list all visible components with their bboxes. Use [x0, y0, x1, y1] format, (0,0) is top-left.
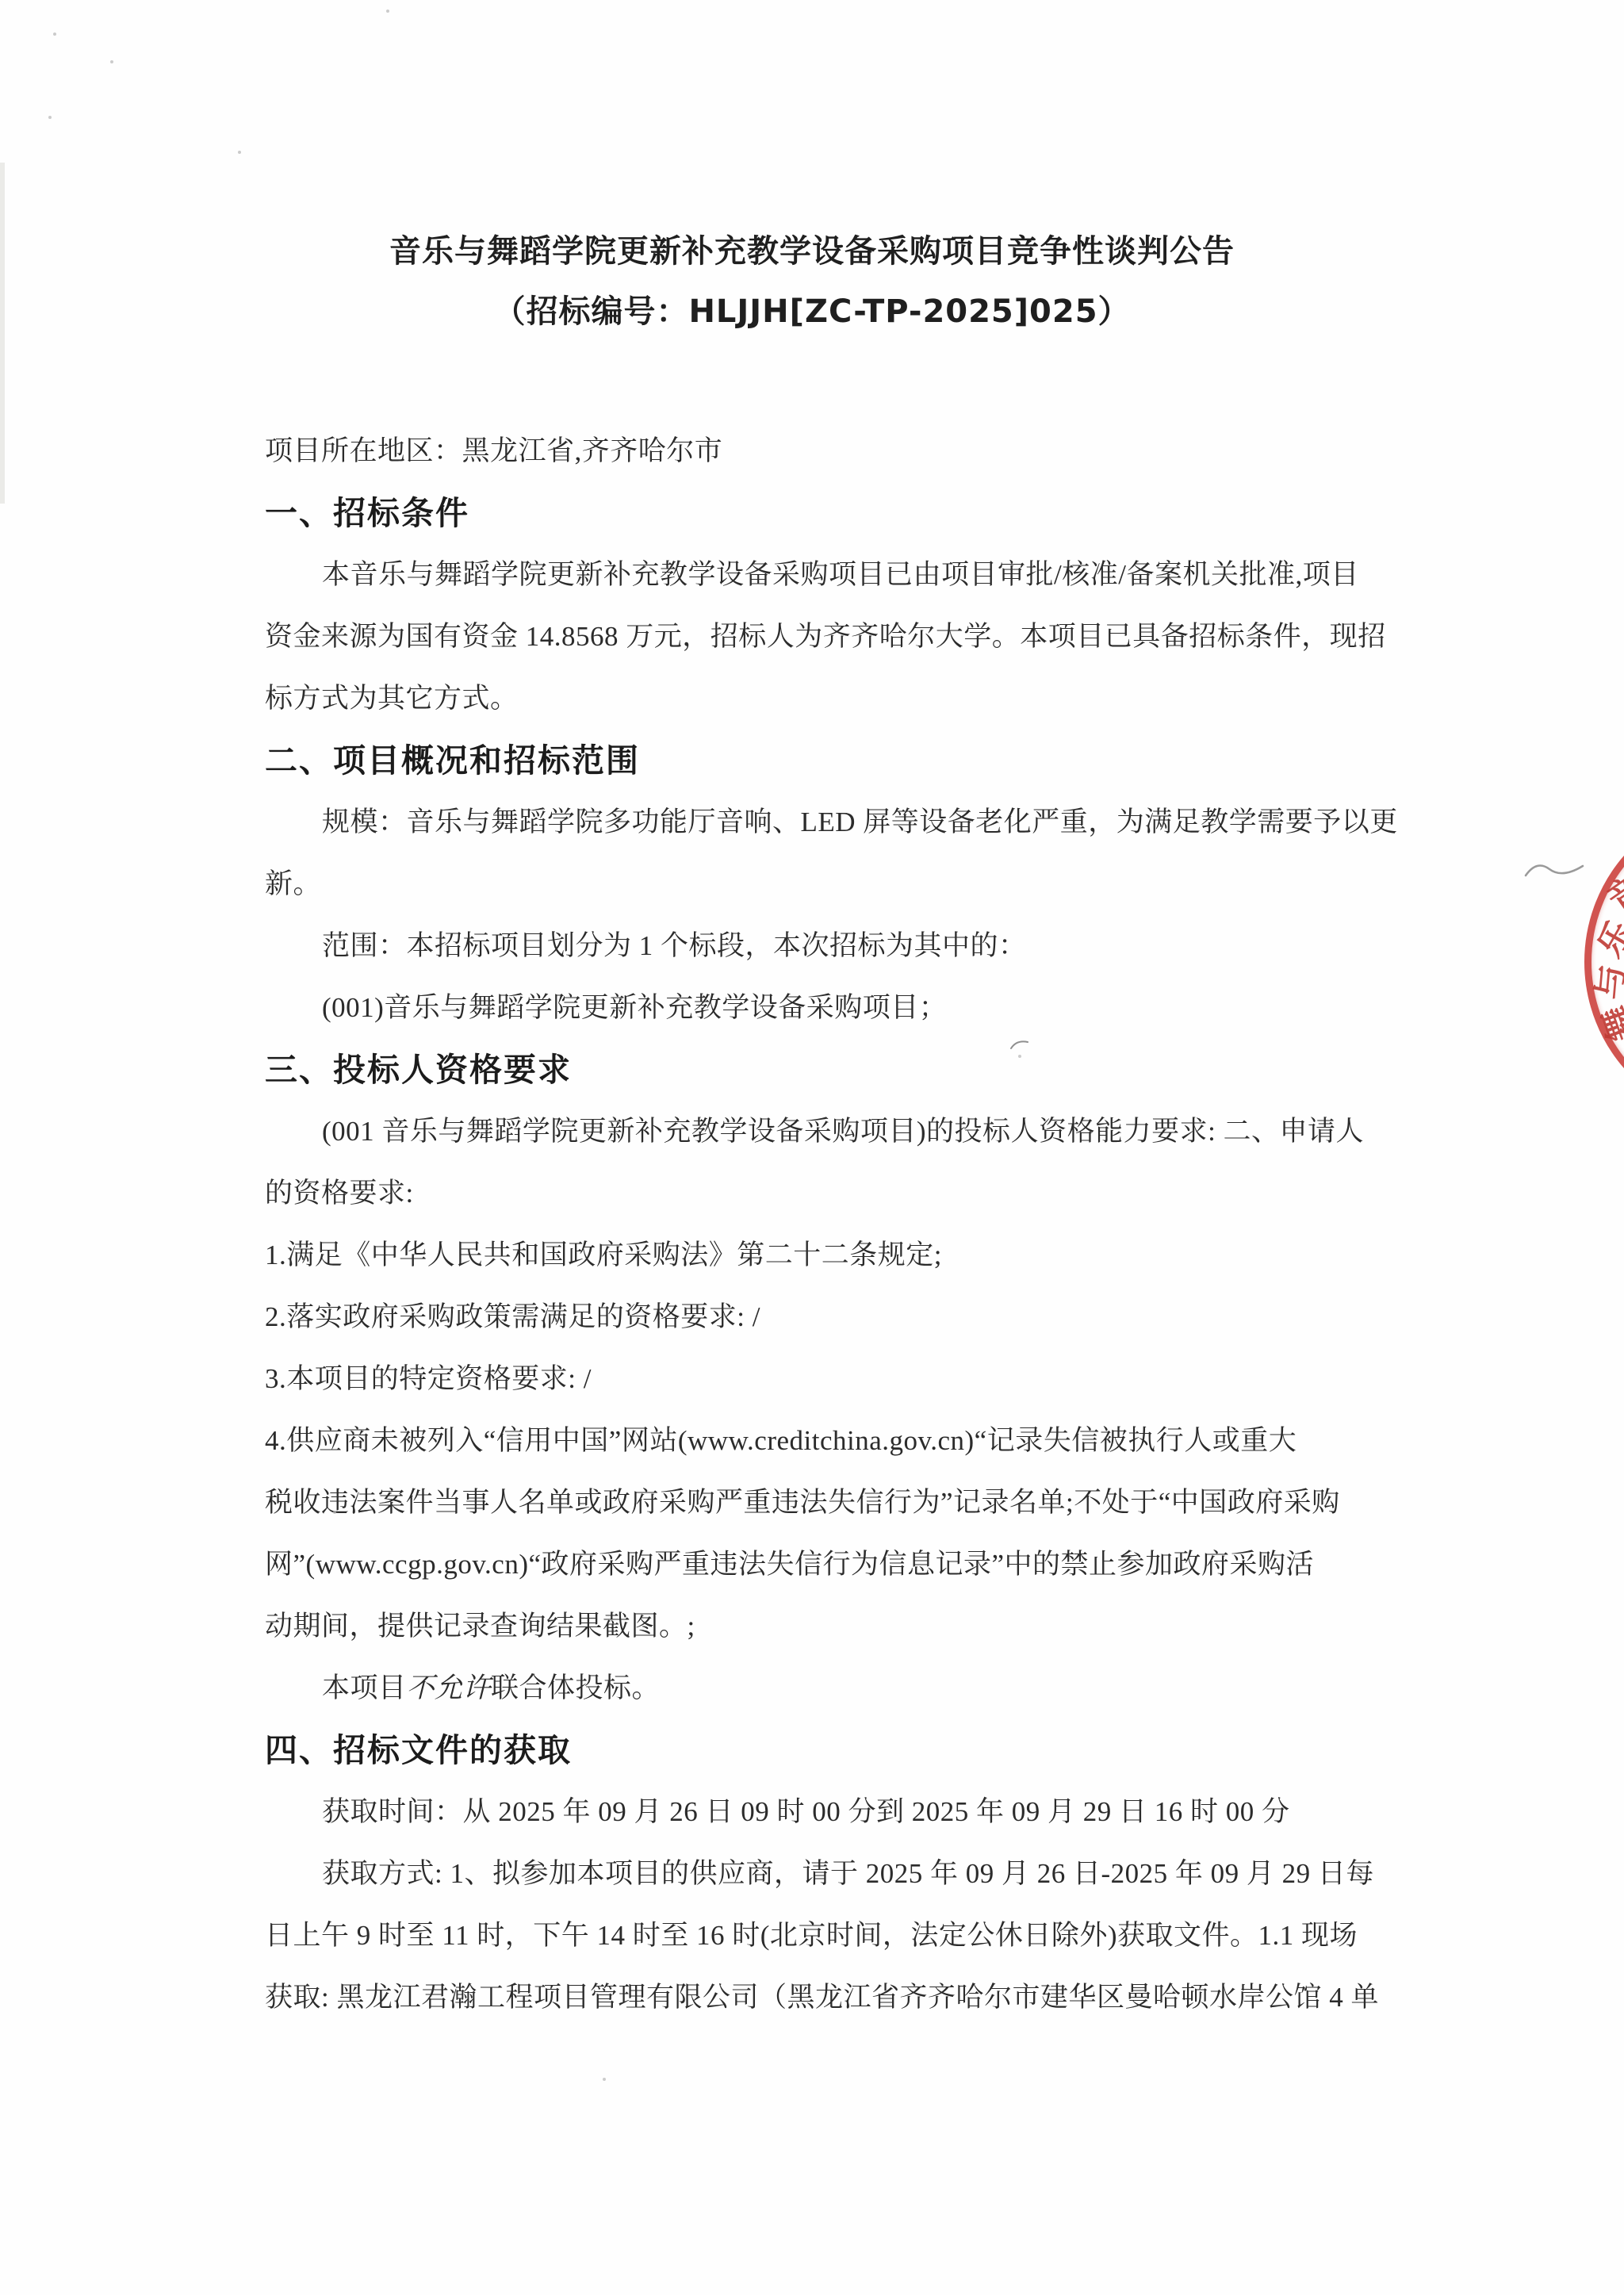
no-joint-bid-line: 本项目不允许联合体投标。	[265, 1670, 660, 1707]
doc-line: 的资格要求:	[265, 1175, 414, 1212]
dust-speck	[1018, 1055, 1021, 1058]
dust-speck	[53, 33, 56, 36]
project-location-line: 项目所在地区：黑龙江省,齐齐哈尔市	[265, 433, 722, 469]
doc-line: 动期间，提供记录查询结果截图。;	[265, 1608, 695, 1645]
doc-line: (001)音乐与舞蹈学院更新补充教学设备采购项目；	[265, 990, 947, 1026]
doc-line: 4.供应商未被列入“信用中国”网站(www.creditchina.gov.cn…	[265, 1423, 1297, 1459]
section-heading-1: 一、招标条件	[265, 495, 469, 531]
doc-line: 本音乐与舞蹈学院更新补充教学设备采购项目已由项目审批/核准/备案机关批准,项目	[265, 557, 1359, 593]
obtain-method-line: 获取方式: 1、拟参加本项目的供应商，请于 2025 年 09 月 26 日-2…	[265, 1856, 1374, 1892]
section-heading-2: 二、项目概况和招标范围	[265, 742, 640, 779]
tender-number-subtitle: （招标编号：HLJJH[ZC-TP-2025]025）	[0, 286, 1624, 331]
doc-line: 3.本项目的特定资格要求: /	[265, 1361, 592, 1397]
small-curl-mark	[1009, 1037, 1031, 1053]
doc-line: (001 音乐与舞蹈学院更新补充教学设备采购项目)的投标人资格能力要求: 二、申…	[265, 1113, 1364, 1150]
dust-speck	[48, 116, 52, 119]
doc-line: 规模：音乐与舞蹈学院多功能厅音响、LED 屏等设备老化严重，为满足教学需要予以更	[265, 804, 1398, 841]
doc-line: 资金来源为国有资金 14.8568 万元，招标人为齐齐哈尔大学。本项目已具备招标…	[265, 619, 1386, 655]
doc-line: 新。	[265, 866, 321, 902]
doc-line: 网”(www.ccgp.gov.cn)“政府采购严重违法失信行为信息记录”中的禁…	[265, 1546, 1314, 1583]
doc-line: 税收违法案件当事人名单或政府采购严重违法失信行为”记录名单;不处于“中国政府采购	[265, 1485, 1340, 1521]
doc-line: 1.满足《中华人民共和国政府采购法》第二十二条规定;	[265, 1237, 942, 1274]
document-title: 音乐与舞蹈学院更新补充教学设备采购项目竞争性谈判公告	[0, 226, 1624, 271]
dust-speck	[603, 2078, 606, 2081]
no-joint-bid-prefix: 本项目	[322, 1672, 407, 1703]
scanned-document-page: 音乐与舞蹈学院更新补充教学设备采购项目竞争性谈判公告 （招标编号：HLJJH[Z…	[0, 0, 1624, 2295]
doc-line: 标方式为其它方式。	[265, 680, 519, 717]
doc-line: 日上午 9 时至 11 时，下午 14 时至 16 时(北京时间，法定公休日除外…	[265, 1918, 1358, 1954]
dust-speck	[333, 1511, 336, 1514]
red-seal-character: 与	[1581, 962, 1624, 1001]
dust-speck	[110, 60, 113, 63]
no-joint-bid-emphasis: 不允许	[407, 1672, 492, 1703]
doc-line: 获取: 黑龙江君瀚工程项目管理有限公司（黑龙江省齐齐哈尔市建华区曼哈顿水岸公馆 …	[265, 1979, 1379, 2016]
no-joint-bid-suffix: 联合体投标。	[491, 1672, 660, 1703]
doc-line: 范围：本招标项目划分为 1 个标段，本次招标为其中的：	[265, 928, 1027, 964]
dust-speck	[238, 151, 241, 154]
pencil-squiggle-mark	[1524, 855, 1588, 883]
doc-line: 2.落实政府采购政策需满足的资格要求: /	[265, 1299, 760, 1335]
dust-speck	[386, 10, 389, 13]
section-heading-4: 四、招标文件的获取	[265, 1732, 572, 1768]
section-heading-3: 三、投标人资格要求	[265, 1052, 572, 1088]
scan-edge-shadow	[0, 163, 5, 504]
obtain-time-line: 获取时间：从 2025 年 09 月 26 日 09 时 00 分到 2025 …	[265, 1794, 1290, 1830]
